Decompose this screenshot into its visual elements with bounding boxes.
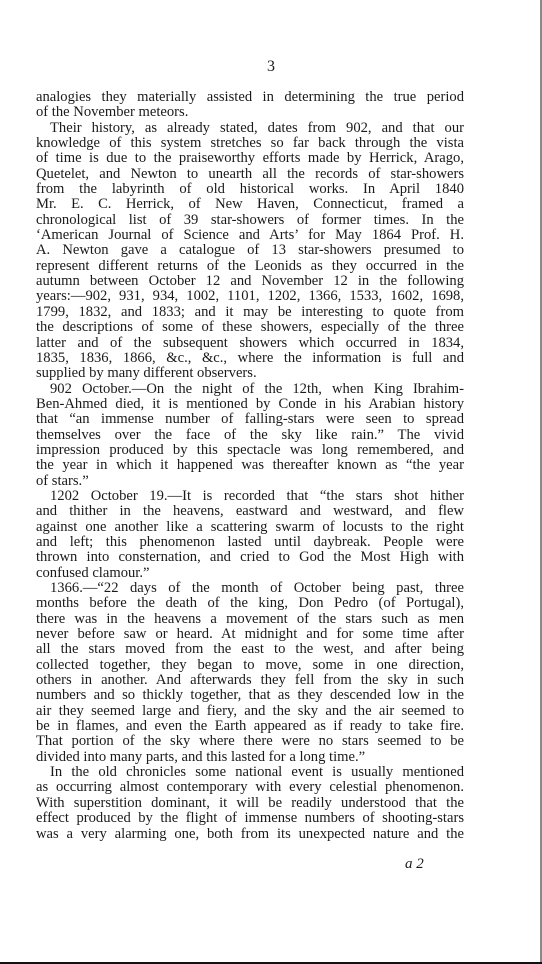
text-line: of time is due to the praiseworthy effor… bbox=[36, 151, 464, 166]
text-line: autumn between October 12 and November 1… bbox=[36, 274, 464, 289]
text-line: the year in which it happened was therea… bbox=[36, 458, 464, 473]
text-line: With superstition dominant, it will be r… bbox=[36, 796, 464, 811]
text-line: of the November meteors. bbox=[36, 105, 464, 120]
text-line: and thither in the heavens, eastward and… bbox=[36, 504, 464, 519]
text-line: Their history, as already stated, dates … bbox=[36, 121, 464, 136]
text-line: be in flames, and even the Earth appeare… bbox=[36, 719, 464, 734]
text-line: represent different returns of the Leoni… bbox=[36, 259, 464, 274]
text-line: numbers and so thickly together, that as… bbox=[36, 688, 464, 703]
text-line: A. Newton gave a catalogue of 13 star-sh… bbox=[36, 243, 464, 258]
text-line: In the old chronicles some national even… bbox=[36, 765, 464, 780]
signature-text: a 2 bbox=[405, 856, 424, 872]
text-line: others in another. And afterwards they f… bbox=[36, 673, 464, 688]
text-line: latter and of the subsequent showers whi… bbox=[36, 336, 464, 351]
text-line: that “an immense number of falling-stars… bbox=[36, 412, 464, 427]
page-number: 3 bbox=[0, 58, 542, 76]
text-line: collected together, they began to move, … bbox=[36, 658, 464, 673]
text-line: 1835, 1836, 1866, &c., &c., where the in… bbox=[36, 351, 464, 366]
text-line: the descriptions of some of these shower… bbox=[36, 320, 464, 335]
text-line: ‘American Journal of Science and Arts’ f… bbox=[36, 228, 464, 243]
text-line: confused clamour.” bbox=[36, 566, 464, 581]
text-line: supplied by many different observers. bbox=[36, 366, 464, 381]
text-line: That portion of the sky where there were… bbox=[36, 734, 464, 749]
text-line: Mr. E. C. Herrick, of New Haven, Connect… bbox=[36, 197, 464, 212]
text-line: from the labyrinth of old historical wor… bbox=[36, 182, 464, 197]
text-line: and left; this phenomenon lasted until d… bbox=[36, 535, 464, 550]
text-line: 1366.—“22 days of the month of October b… bbox=[36, 581, 464, 596]
text-line: knowledge of this system stretches so fa… bbox=[36, 136, 464, 151]
text-line: themselves over the face of the sky like… bbox=[36, 428, 464, 443]
text-line: there was in the heavens a movement of t… bbox=[36, 612, 464, 627]
signature-mark: a 2 bbox=[405, 856, 424, 873]
text-line: impression produced by this spectacle wa… bbox=[36, 443, 464, 458]
text-line: 902 October.—On the night of the 12th, w… bbox=[36, 382, 464, 397]
text-line: of stars.” bbox=[36, 474, 464, 489]
text-line: months before the death of the king, Don… bbox=[36, 596, 464, 611]
text-line: air they seemed large and fiery, and the… bbox=[36, 704, 464, 719]
text-line: effect produced by the flight of immense… bbox=[36, 811, 464, 826]
text-line: Quetelet, and Newton to unearth all the … bbox=[36, 167, 464, 182]
text-line: years:—902, 931, 934, 1002, 1101, 1202, … bbox=[36, 289, 464, 304]
text-line: all the stars moved from the east to the… bbox=[36, 642, 464, 657]
text-line: against one another like a scattering sw… bbox=[36, 520, 464, 535]
text-line: as occurring almost contemporary with ev… bbox=[36, 780, 464, 795]
text-line: analogies they materially assisted in de… bbox=[36, 90, 464, 105]
text-line: chronological list of 39 star-showers of… bbox=[36, 213, 464, 228]
text-line: 1202 October 19.—It is recorded that “th… bbox=[36, 489, 464, 504]
body-text: analogies they materially assisted in de… bbox=[36, 90, 464, 842]
text-line: 1799, 1832, and 1833; and it may be inte… bbox=[36, 305, 464, 320]
text-line: thrown into consternation, and cried to … bbox=[36, 550, 464, 565]
text-line: never before saw or heard. At midnight a… bbox=[36, 627, 464, 642]
text-line: divided into many parts, and this lasted… bbox=[36, 750, 464, 765]
text-line: Ben-Ahmed died, it is mentioned by Conde… bbox=[36, 397, 464, 412]
text-line: was a very alarming one, both from its u… bbox=[36, 827, 464, 842]
